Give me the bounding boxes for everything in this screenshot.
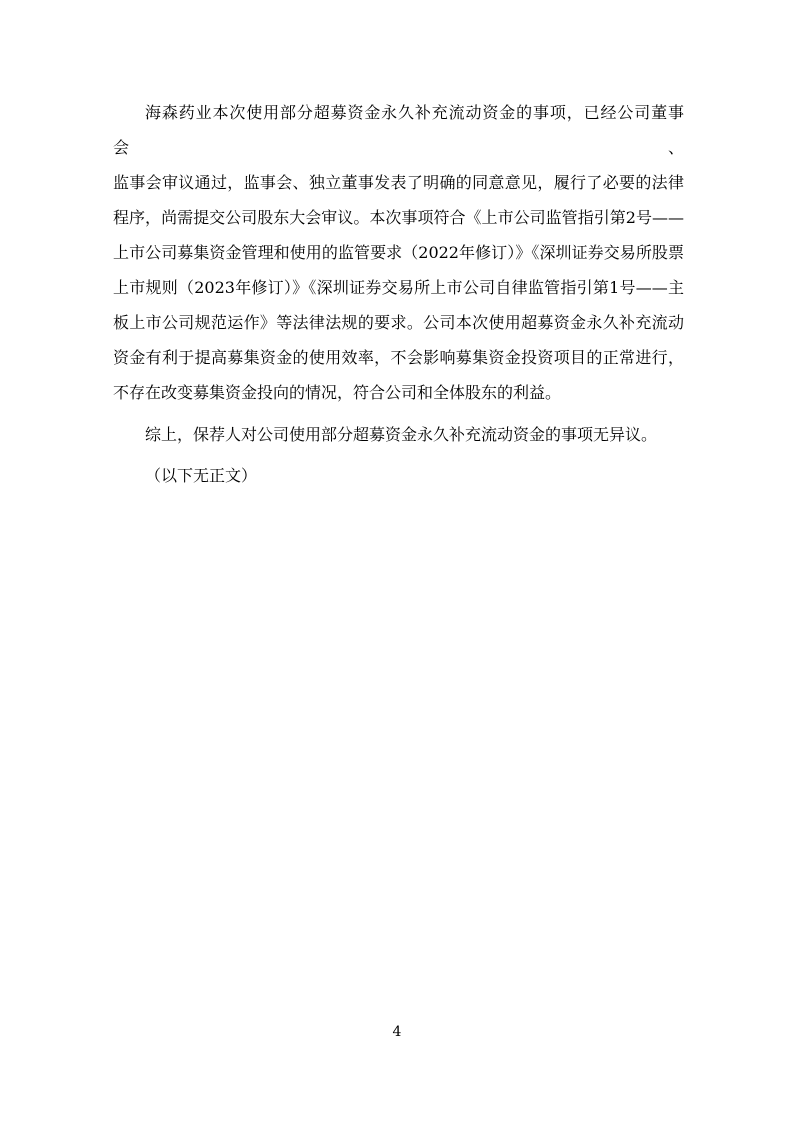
text-line: 海森药业本次使用部分超募资金永久补充流动资金的事项，已经公司董事会、 [113, 95, 684, 165]
page-number: 4 [0, 1022, 794, 1042]
document-page: 海森药业本次使用部分超募资金永久补充流动资金的事项，已经公司董事会、 监事会审议… [0, 0, 794, 1123]
paragraph-1: 海森药业本次使用部分超募资金永久补充流动资金的事项，已经公司董事会、 监事会审议… [113, 95, 684, 410]
paragraph-2: 综上，保荐人对公司使用部分超募资金永久补充流动资金的事项无异议。 [113, 417, 684, 452]
body-text: 海森药业本次使用部分超募资金永久补充流动资金的事项，已经公司董事会、 监事会审议… [113, 95, 684, 493]
text-line: 程序，尚需提交公司股东大会审议。本次事项符合《上市公司监管指引第2号—— [113, 200, 684, 235]
conclusion-line: 综上，保荐人对公司使用部分超募资金永久补充流动资金的事项无异议。 [113, 417, 684, 452]
paragraph-3: （以下无正文） [113, 458, 684, 493]
no-more-text-notice: （以下无正文） [113, 458, 684, 493]
text-line: 上市规则（2023年修订）》《深圳证券交易所上市公司自律监管指引第1号——主 [113, 270, 684, 305]
text-line: 监事会审议通过，监事会、独立董事发表了明确的同意意见，履行了必要的法律 [113, 165, 684, 200]
text-line: 上市公司募集资金管理和使用的监管要求（2022年修订）》《深圳证券交易所股票 [113, 235, 684, 270]
text-line: 不存在改变募集资金投向的情况，符合公司和全体股东的利益。 [113, 375, 684, 410]
text-line: 板上市公司规范运作》等法律法规的要求。公司本次使用超募资金永久补充流动 [113, 305, 684, 340]
text-line: 资金有利于提高募集资金的使用效率，不会影响募集资金投资项目的正常进行， [113, 340, 684, 375]
